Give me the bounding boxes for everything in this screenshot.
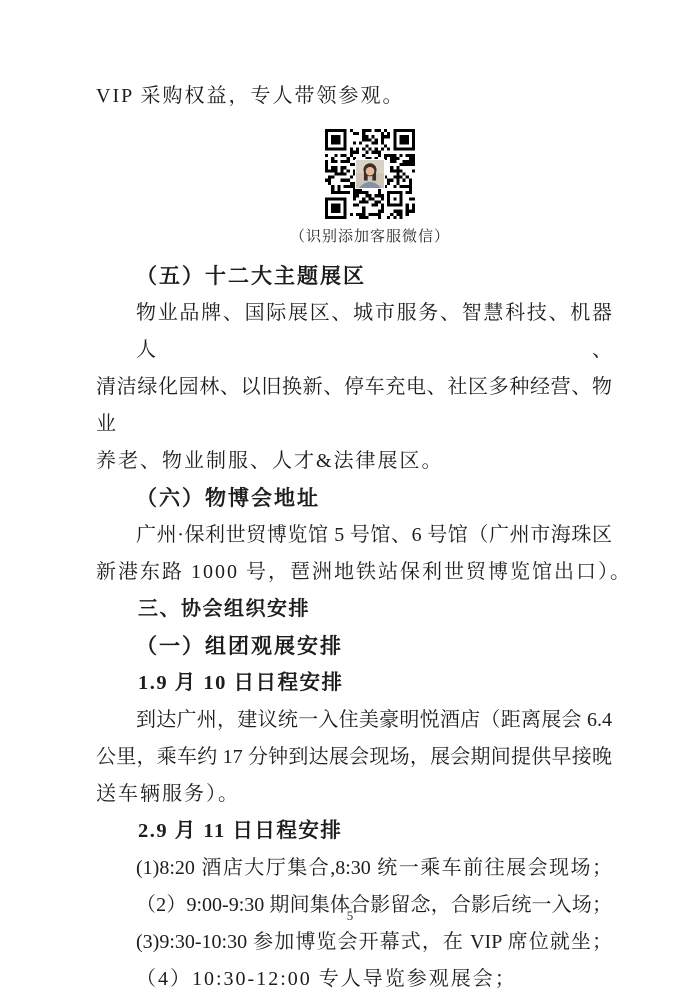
body-line: 清洁绿化园林、以旧换新、停车充电、社区多种经营、物业 (96, 369, 612, 443)
paragraph-intro-line: VIP 采购权益，专人带领参观。 (96, 78, 612, 115)
subsection-heading-1: （一）组团观展安排 (96, 628, 612, 665)
body-line: 到达广州，建议统一入住美豪明悦酒店（距离展会 6.4 (96, 702, 612, 739)
section-heading-6: （六）物博会地址 (96, 480, 612, 517)
wechat-qr-block: （识别添加客服微信） (96, 115, 612, 258)
page-content: VIP 采购权益，专人带领参观。 (96, 78, 612, 990)
document-page: VIP 采购权益，专人带领参观。 (0, 0, 700, 990)
body-line: 公里，乘车约 17 分钟到达展会现场，展会期间提供早接晚 (96, 739, 612, 776)
body-line: 送车辆服务）。 (96, 776, 612, 813)
section-heading-5: （五）十二大主题展区 (96, 258, 612, 295)
page-number: 5 (0, 908, 700, 924)
wechat-qr-code (325, 129, 415, 219)
body-line: 新港东路 1000 号，琶洲地铁站保利世贸博览馆出口）。 (96, 554, 612, 591)
body-line: 物业品牌、国际展区、城市服务、智慧科技、机器人、 (96, 295, 612, 369)
schedule-item: （4）10:30-12:00 专人导览参观展会； (96, 961, 612, 990)
day1-heading: 1.9 月 10 日日程安排 (96, 665, 612, 702)
schedule-item: (1)8:20 酒店大厅集合,8:30 统一乘车前往展会现场； (96, 850, 612, 887)
qr-caption: （识别添加客服微信） (112, 226, 628, 248)
chapter-heading-3: 三、协会组织安排 (96, 591, 612, 628)
body-line: 广州·保利世贸博览馆 5 号馆、6 号馆（广州市海珠区 (96, 517, 612, 554)
contact-avatar (355, 159, 385, 189)
body-line: 养老、物业制服、人才&法律展区。 (96, 443, 612, 480)
schedule-item: (3)9:30-10:30 参加博览会开幕式，在 VIP 席位就坐； (96, 924, 612, 961)
day2-heading: 2.9 月 11 日日程安排 (96, 813, 612, 850)
